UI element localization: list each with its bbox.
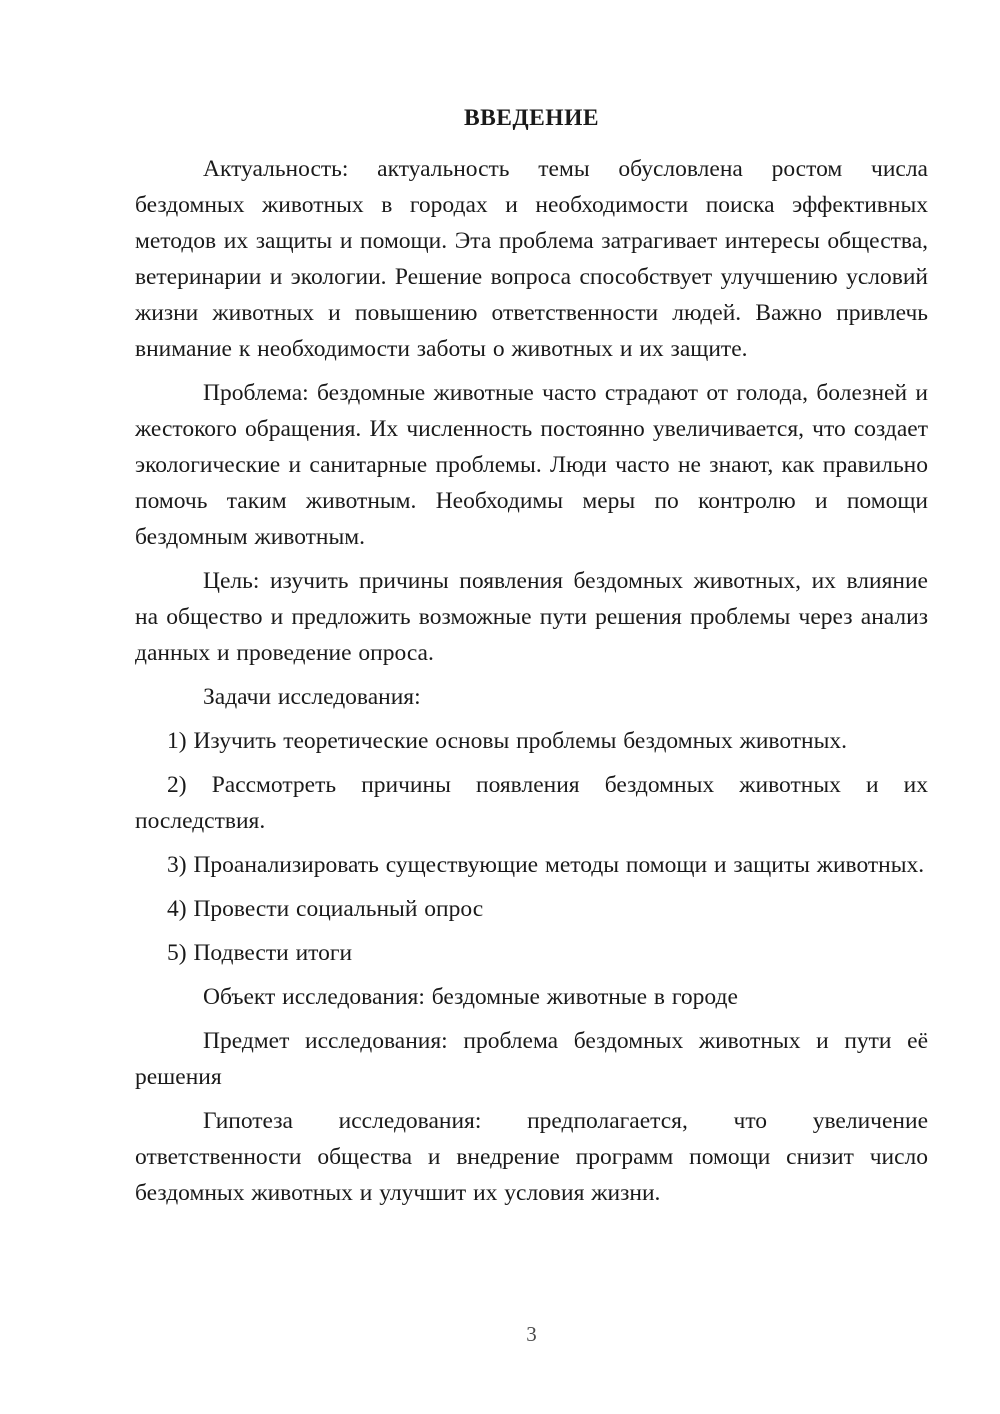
document-page: ВВЕДЕНИЕ Актуальность: актуальность темы… [0,0,1000,1414]
paragraph-gipoteza: Гипотеза исследования: предполагается, ч… [135,1103,928,1211]
list-item-4: 4) Провести социальный опрос [135,891,928,927]
paragraph-obekt: Объект исследования: бездомные животные … [135,979,928,1015]
paragraph-tsel: Цель: изучить причины появления бездомны… [135,563,928,671]
list-item-1: 1) Изучить теоретические основы проблемы… [135,723,928,759]
document-content: ВВЕДЕНИЕ Актуальность: актуальность темы… [135,100,928,1219]
page-number: 3 [135,1322,928,1347]
paragraph-predmet: Предмет исследования: проблема бездомных… [135,1023,928,1095]
paragraph-zadachi-heading: Задачи исследования: [135,679,928,715]
paragraph-problema: Проблема: бездомные животные часто страд… [135,375,928,555]
paragraph-aktualnost: Актуальность: актуальность темы обусловл… [135,151,928,367]
list-item-3: 3) Проанализировать существующие методы … [135,847,928,883]
list-item-5: 5) Подвести итоги [135,935,928,971]
list-item-2: 2) Рассмотреть причины появления бездомн… [135,767,928,839]
page-title: ВВЕДЕНИЕ [135,100,928,137]
